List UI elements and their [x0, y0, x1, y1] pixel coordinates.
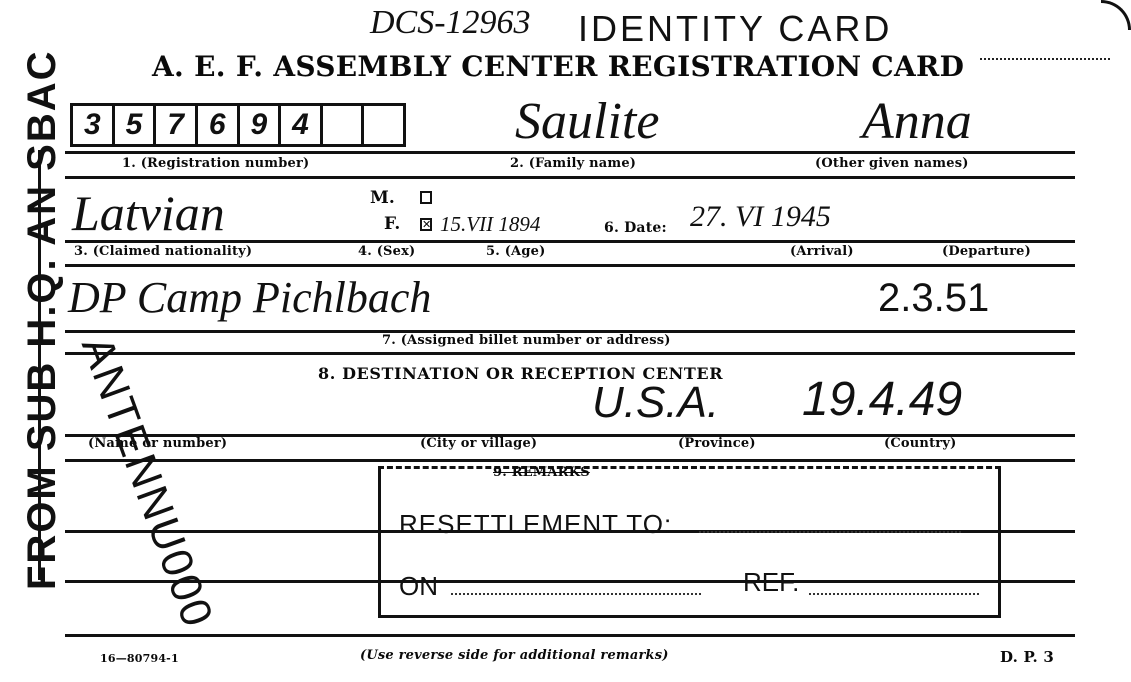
title-dotted-trail: [980, 58, 1110, 60]
departure-label: (Departure): [942, 244, 1031, 259]
ref-label: REF.: [743, 567, 799, 598]
card-title: A. E. F. ASSEMBLY CENTER REGISTRATION CA…: [152, 50, 964, 83]
province-label: (Province): [678, 436, 756, 451]
sex-f-checkbox[interactable]: ✕: [420, 218, 432, 231]
on-field[interactable]: [451, 593, 701, 595]
age-label: 5. (Age): [486, 244, 545, 259]
billet-label: 7. (Assigned billet number or address): [382, 333, 671, 348]
reg-digit[interactable]: 7: [156, 106, 198, 144]
registration-card: DCS-12963 IDENTITY CARD A. E. F. ASSEMBL…: [0, 0, 1131, 682]
sex-label: 4. (Sex): [358, 244, 415, 259]
other-given-names-label: (Other given names): [815, 156, 969, 171]
footer-note: (Use reverse side for additional remarks…: [360, 648, 669, 663]
rule-line: [65, 264, 1075, 267]
rule-line: [65, 176, 1075, 179]
sex-m-label: M.: [370, 188, 395, 208]
rule-line: [65, 459, 1075, 462]
reg-digit[interactable]: [323, 106, 365, 144]
rule-line: [65, 634, 1075, 637]
reg-digit[interactable]: 6: [198, 106, 240, 144]
family-name-label: 2. (Family name): [510, 156, 636, 171]
remarks-heading: 9. REMARKS: [493, 465, 590, 480]
destination-date-value[interactable]: 19.4.49: [802, 372, 962, 427]
billet-value[interactable]: DP Camp Pichlbach: [68, 272, 431, 323]
city-or-village-label: (City or village): [420, 436, 537, 451]
rule-line: [65, 352, 1075, 355]
sex-f-label: F.: [384, 214, 400, 234]
form-code: 16—80794-1: [100, 652, 179, 665]
billet-date-value[interactable]: 2.3.51: [878, 276, 989, 321]
arrival-label: (Arrival): [790, 244, 854, 259]
reg-digit[interactable]: 4: [281, 106, 323, 144]
on-label: ON: [399, 571, 438, 602]
rule-line: [65, 240, 1075, 243]
destination-country-value[interactable]: U.S.A.: [592, 378, 719, 428]
country-label: (Country): [884, 436, 956, 451]
form-id: D. P. 3: [1000, 648, 1054, 666]
other-given-names-value[interactable]: Anna: [862, 92, 972, 151]
card-corner: [1101, 0, 1131, 30]
date-prefix-label: 6. Date:: [604, 220, 667, 236]
registration-number-label: 1. (Registration number): [122, 156, 309, 171]
registration-number-boxes: 3 5 7 6 9 4: [70, 103, 406, 147]
nationality-label: 3. (Claimed nationality): [74, 244, 252, 259]
reg-digit[interactable]: 3: [73, 106, 115, 144]
resettlement-field[interactable]: [699, 531, 961, 533]
diagonal-stamp: ANTENNU000: [71, 330, 223, 635]
reg-digit[interactable]: 5: [115, 106, 157, 144]
rule-line: [65, 151, 1075, 154]
reg-digit[interactable]: [364, 106, 403, 144]
ref-field[interactable]: [809, 593, 979, 595]
left-vertical-stamp: FROM SUB H.Q. AN SBAC: [20, 49, 65, 590]
left-vertical-stroke: [38, 150, 41, 580]
remarks-box: 9. REMARKS RESETTLEMENT TO: ON REF.: [378, 466, 1001, 618]
arrival-date-value[interactable]: 27. VI 1945: [690, 200, 831, 234]
family-name-value[interactable]: Saulite: [515, 92, 659, 151]
identity-card-stamp: IDENTITY CARD: [578, 8, 892, 50]
reg-digit[interactable]: 9: [240, 106, 282, 144]
age-value[interactable]: 15.VII 1894: [440, 212, 540, 237]
handwritten-reference: DCS-12963: [370, 4, 531, 42]
sex-m-checkbox[interactable]: [420, 191, 432, 204]
resettlement-label: RESETTLEMENT TO:: [399, 509, 672, 540]
nationality-value[interactable]: Latvian: [72, 184, 225, 242]
